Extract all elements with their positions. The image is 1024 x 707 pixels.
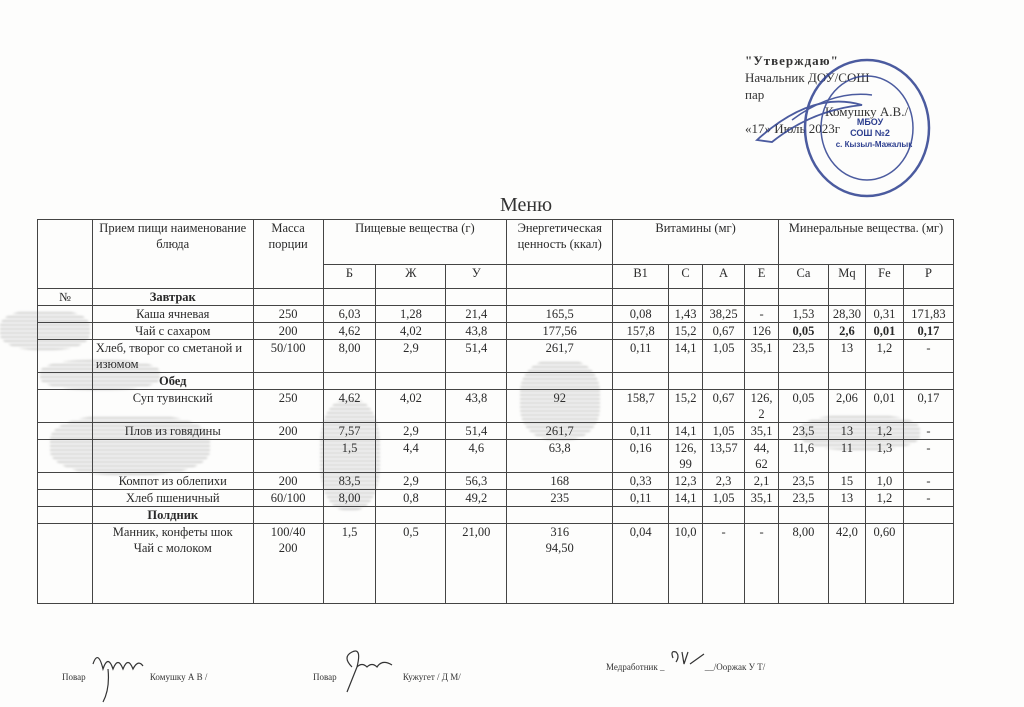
menu-table: Прием пищи наименование блюда Масса порц… — [37, 219, 954, 604]
cell-b — [323, 373, 376, 390]
cell-u: 49,2 — [446, 490, 507, 507]
dish-name: Манник, конфеты шок Чай с молоком — [92, 524, 253, 604]
cell-b1: 0,16 — [613, 440, 669, 473]
cell-a: 38,25 — [703, 306, 745, 323]
cell-mass — [253, 289, 323, 306]
medic-signature: Медработник _ __/Ооржак У Т/ — [606, 662, 765, 672]
dish-name: Чай с сахаром — [92, 323, 253, 340]
cell-energy: 177,56 — [507, 323, 613, 340]
cell-number — [38, 524, 93, 604]
cell-number — [38, 440, 93, 473]
cell-b1: 0,33 — [613, 473, 669, 490]
cell-energy: 235 — [507, 490, 613, 507]
cell-energy: 316 94,50 — [507, 524, 613, 604]
cell-number — [38, 507, 93, 524]
cell-energy — [507, 373, 613, 390]
cell-b1: 0,11 — [613, 340, 669, 373]
cell-e: 2,1 — [745, 473, 779, 490]
section-row: Полдник — [38, 507, 954, 524]
cell-mass: 50/100 — [253, 340, 323, 373]
cell-a: 0,67 — [703, 323, 745, 340]
signature-scribble-icon — [88, 644, 148, 704]
table-row: Плов из говядины2007,572,951,4261,70,111… — [38, 423, 954, 440]
cell-mq — [828, 373, 865, 390]
cell-number — [38, 306, 93, 323]
cell-c: 10,0 — [669, 524, 703, 604]
cell-fe: 0,31 — [865, 306, 903, 323]
svg-text:МБОУ: МБОУ — [857, 117, 884, 127]
cell-zh — [376, 507, 446, 524]
subheader-a: A — [703, 265, 745, 289]
cell-e: 35,1 — [745, 490, 779, 507]
cell-b: 83,5 — [323, 473, 376, 490]
cell-fe: 1,0 — [865, 473, 903, 490]
cell-number — [38, 473, 93, 490]
cell-ca: 23,5 — [779, 423, 829, 440]
subheader-energy-blank — [507, 265, 613, 289]
cell-a: 2,3 — [703, 473, 745, 490]
cell-u: 21,00 — [446, 524, 507, 604]
subheader-fe: Fe — [865, 265, 903, 289]
cell-b1: 158,7 — [613, 390, 669, 423]
cell-ca: 11,6 — [779, 440, 829, 473]
cell-u: 51,4 — [446, 340, 507, 373]
cell-b: 1,5 — [323, 440, 376, 473]
cell-c — [669, 289, 703, 306]
cell-b: 6,03 — [323, 306, 376, 323]
cell-p: - — [903, 423, 953, 440]
cell-e: 35,1 — [745, 423, 779, 440]
official-stamp-icon: МБОУ СОШ №2 с. Кызыл-Мажалык — [752, 50, 932, 200]
cell-zh: 2,9 — [376, 340, 446, 373]
cell-a: 1,05 — [703, 340, 745, 373]
cook2-signature: Повар Кужугет / Д М/ — [313, 672, 461, 682]
cell-fe: 1,2 — [865, 340, 903, 373]
cell-a: - — [703, 524, 745, 604]
subheader-b1: B1 — [613, 265, 669, 289]
cell-ca — [779, 289, 829, 306]
cell-c: 1,43 — [669, 306, 703, 323]
cell-b1: 157,8 — [613, 323, 669, 340]
cell-u: 43,8 — [446, 390, 507, 423]
table-row: Компот из облепихи20083,52,956,31680,331… — [38, 473, 954, 490]
cell-mq: 2,6 — [828, 323, 865, 340]
cell-u — [446, 373, 507, 390]
cell-b: 1,5 — [323, 524, 376, 604]
dish-name: Суп тувинский — [92, 390, 253, 423]
table-row: Каша ячневая2506,031,2821,4165,50,081,43… — [38, 306, 954, 323]
cell-fe: 1,2 — [865, 423, 903, 440]
header-vitamins: Витамины (мг) — [613, 220, 779, 265]
page-title: Меню — [500, 194, 552, 217]
cell-c — [669, 507, 703, 524]
dish-name: Плов из говядины — [92, 423, 253, 440]
cell-mq: 11 — [828, 440, 865, 473]
dish-name: Хлеб пшеничный — [92, 490, 253, 507]
subheader-e: E — [745, 265, 779, 289]
cell-energy: 261,7 — [507, 423, 613, 440]
cell-e — [745, 507, 779, 524]
cell-b1 — [613, 507, 669, 524]
cell-number — [38, 423, 93, 440]
cell-b — [323, 289, 376, 306]
cell-mq — [828, 507, 865, 524]
cell-p — [903, 507, 953, 524]
cell-zh: 2,9 — [376, 423, 446, 440]
cell-e: - — [745, 524, 779, 604]
cell-energy: 168 — [507, 473, 613, 490]
cell-e — [745, 289, 779, 306]
cell-fe: 0,01 — [865, 323, 903, 340]
cell-e — [745, 373, 779, 390]
cell-zh: 2,9 — [376, 473, 446, 490]
cell-e: 126 — [745, 323, 779, 340]
signature-scribble-icon — [337, 647, 397, 697]
cell-mass: 200 — [253, 473, 323, 490]
cell-b: 4,62 — [323, 323, 376, 340]
cell-energy: 261,7 — [507, 340, 613, 373]
cell-u: 21,4 — [446, 306, 507, 323]
cell-energy: 165,5 — [507, 306, 613, 323]
cell-c: 14,1 — [669, 340, 703, 373]
cell-mass: 60/100 — [253, 490, 323, 507]
cell-b1 — [613, 289, 669, 306]
subheader-zh: Ж — [376, 265, 446, 289]
dish-name: Каша ячневая — [92, 306, 253, 323]
cell-mass: 200 — [253, 423, 323, 440]
section-title: Полдник — [92, 507, 253, 524]
cell-fe: 1,3 — [865, 440, 903, 473]
cell-ca — [779, 373, 829, 390]
cell-zh — [376, 289, 446, 306]
cell-mass: 250 — [253, 390, 323, 423]
cell-b1: 0,08 — [613, 306, 669, 323]
table-row: Хлеб, творог со сметаной и изюмом50/1008… — [38, 340, 954, 373]
cell-a — [703, 373, 745, 390]
cell-p: - — [903, 490, 953, 507]
cell-fe — [865, 289, 903, 306]
cell-number — [38, 490, 93, 507]
cell-mq: 13 — [828, 423, 865, 440]
subheader-u: У — [446, 265, 507, 289]
cell-ca: 23,5 — [779, 340, 829, 373]
cell-zh: 4,02 — [376, 323, 446, 340]
cell-fe: 1,2 — [865, 490, 903, 507]
table-row: 1,54,44,663,80,16126, 9913,5744, 6211,61… — [38, 440, 954, 473]
cell-number — [38, 390, 93, 423]
cell-energy — [507, 289, 613, 306]
cell-p: 171,83 — [903, 306, 953, 323]
cell-zh: 1,28 — [376, 306, 446, 323]
cell-p: - — [903, 440, 953, 473]
cell-p: 0,17 — [903, 323, 953, 340]
table-row: Хлеб пшеничный60/1008,000,849,22350,1114… — [38, 490, 954, 507]
cell-mq — [828, 289, 865, 306]
cell-energy — [507, 507, 613, 524]
dish-name — [92, 440, 253, 473]
header-number — [38, 220, 93, 289]
cell-u: 51,4 — [446, 423, 507, 440]
cell-a: 0,67 — [703, 390, 745, 423]
cell-b: 8,00 — [323, 490, 376, 507]
cell-mq: 13 — [828, 490, 865, 507]
cell-number — [38, 323, 93, 340]
cell-b: 4,62 — [323, 390, 376, 423]
cell-mass: 250 — [253, 306, 323, 323]
cell-a: 13,57 — [703, 440, 745, 473]
cell-zh: 0,8 — [376, 490, 446, 507]
cell-c: 12,3 — [669, 473, 703, 490]
cell-fe — [865, 507, 903, 524]
cell-number — [38, 340, 93, 373]
header-nutrients: Пищевые вещества (г) — [323, 220, 507, 265]
cell-zh: 4,4 — [376, 440, 446, 473]
svg-text:с. Кызыл-Мажалык: с. Кызыл-Мажалык — [836, 140, 914, 149]
cell-mq: 13 — [828, 340, 865, 373]
cell-ca: 0,05 — [779, 390, 829, 423]
cell-mq: 15 — [828, 473, 865, 490]
cell-ca: 23,5 — [779, 473, 829, 490]
table-row: Манник, конфеты шок Чай с молоком100/40 … — [38, 524, 954, 604]
cook1-signature: Повар Комушку А В / — [62, 672, 207, 682]
section-title: Обед — [92, 373, 253, 390]
cell-fe: 0,01 — [865, 390, 903, 423]
cell-c: 15,2 — [669, 323, 703, 340]
cell-fe — [865, 373, 903, 390]
header-mass: Масса порции — [253, 220, 323, 289]
header-meal: Прием пищи наименование блюда — [92, 220, 253, 289]
cell-ca: 1,53 — [779, 306, 829, 323]
table-row: Суп тувинский2504,624,0243,892158,715,20… — [38, 390, 954, 423]
cell-ca: 0,05 — [779, 323, 829, 340]
cell-a — [703, 289, 745, 306]
cell-a: 1,05 — [703, 490, 745, 507]
cell-c — [669, 373, 703, 390]
cell-u — [446, 289, 507, 306]
cell-number: № — [38, 289, 93, 306]
table-row: Чай с сахаром2004,624,0243,8177,56157,81… — [38, 323, 954, 340]
cell-e: - — [745, 306, 779, 323]
cell-b1: 0,04 — [613, 524, 669, 604]
cell-b1: 0,11 — [613, 490, 669, 507]
section-row: Обед — [38, 373, 954, 390]
cell-p: 0,17 — [903, 390, 953, 423]
cell-mass — [253, 373, 323, 390]
header-energy: Энергетическая ценность (ккал) — [507, 220, 613, 265]
cell-p: - — [903, 340, 953, 373]
header-minerals: Минеральные вещества. (мг) — [779, 220, 954, 265]
signature-scribble-icon — [670, 648, 710, 672]
cell-mq: 2,06 — [828, 390, 865, 423]
subheader-c: C — [669, 265, 703, 289]
cell-mass — [253, 440, 323, 473]
cell-zh: 0,5 — [376, 524, 446, 604]
section-row: №Завтрак — [38, 289, 954, 306]
cell-energy: 63,8 — [507, 440, 613, 473]
cell-ca: 8,00 — [779, 524, 829, 604]
cell-zh — [376, 373, 446, 390]
subheader-b: Б — [323, 265, 376, 289]
cell-a: 1,05 — [703, 423, 745, 440]
cell-u — [446, 507, 507, 524]
cell-b1: 0,11 — [613, 423, 669, 440]
cell-p — [903, 289, 953, 306]
subheader-ca: Ca — [779, 265, 829, 289]
svg-text:СОШ №2: СОШ №2 — [850, 128, 890, 138]
cell-number — [38, 373, 93, 390]
cell-ca — [779, 507, 829, 524]
cell-fe: 0,60 — [865, 524, 903, 604]
cell-zh: 4,02 — [376, 390, 446, 423]
cell-b: 7,57 — [323, 423, 376, 440]
cell-p — [903, 373, 953, 390]
cell-e: 35,1 — [745, 340, 779, 373]
subheader-mq: Mq — [828, 265, 865, 289]
cell-e: 44, 62 — [745, 440, 779, 473]
dish-name: Хлеб, творог со сметаной и изюмом — [92, 340, 253, 373]
cell-c: 15,2 — [669, 390, 703, 423]
cell-ca: 23,5 — [779, 490, 829, 507]
cell-u: 56,3 — [446, 473, 507, 490]
cell-p: - — [903, 473, 953, 490]
cell-u: 43,8 — [446, 323, 507, 340]
cell-c: 14,1 — [669, 423, 703, 440]
cell-mass: 100/40 200 — [253, 524, 323, 604]
subheader-p: P — [903, 265, 953, 289]
cell-c: 126, 99 — [669, 440, 703, 473]
cell-b: 8,00 — [323, 340, 376, 373]
cell-e: 126, 2 — [745, 390, 779, 423]
cell-b1 — [613, 373, 669, 390]
section-title: Завтрак — [92, 289, 253, 306]
cell-b — [323, 507, 376, 524]
dish-name: Компот из облепихи — [92, 473, 253, 490]
cell-mq: 42,0 — [828, 524, 865, 604]
cell-mass — [253, 507, 323, 524]
cell-u: 4,6 — [446, 440, 507, 473]
cell-mass: 200 — [253, 323, 323, 340]
cell-c: 14,1 — [669, 490, 703, 507]
cell-p — [903, 524, 953, 604]
cell-a — [703, 507, 745, 524]
cell-mq: 28,30 — [828, 306, 865, 323]
cell-energy: 92 — [507, 390, 613, 423]
